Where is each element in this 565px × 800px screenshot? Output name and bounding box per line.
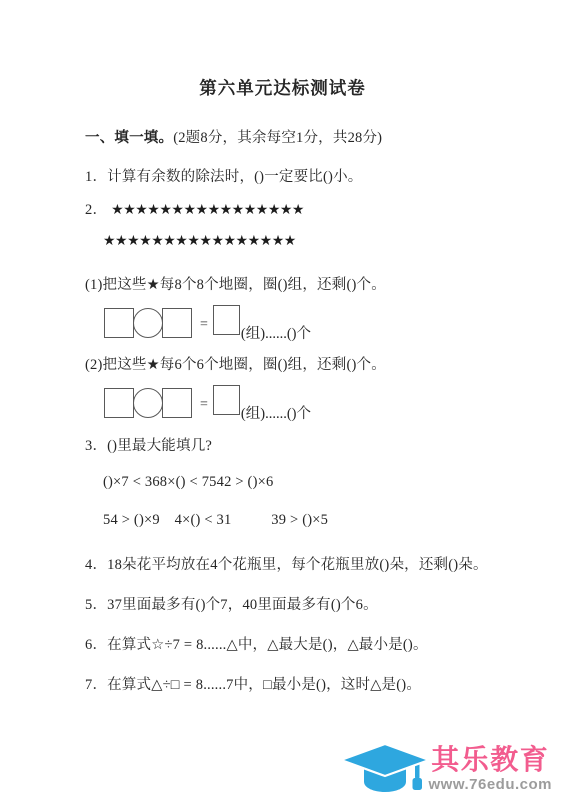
graduation-cap-icon <box>339 742 431 796</box>
question-6: 6．在算式☆÷7 = 8......△中，△最大是()，△最小是()。 <box>85 633 428 654</box>
question-5: 5．37里面最多有()个7，40里面最多有()个6。 <box>85 593 378 614</box>
question-3-inequalities-row-1: ()×7 < 368×() < 7542 > ()×6 <box>103 474 273 491</box>
operator-circle <box>133 308 163 338</box>
division-equation-diagram-2: = (组)......()个 <box>104 386 311 420</box>
star-row-icons: ★★★★★★★★★★★★★★★★ <box>103 233 296 249</box>
inequality-expression: 54 > ()×9 <box>103 512 160 528</box>
inequality-expression: 39 > ()×5 <box>271 512 328 528</box>
equation-suffix: (组)......()个 <box>241 402 311 423</box>
section-label: 一、填一填。 <box>85 130 173 146</box>
question-7: 7．在算式△÷□ = 8......7中，□最小是()，这时△是()。 <box>85 673 421 694</box>
equation-suffix: (组)......()个 <box>241 322 311 343</box>
quotient-box <box>213 305 240 335</box>
publisher-logo: 其乐教育 www.76edu.com <box>339 742 552 796</box>
question-2-stars-row-1: 2．★★★★★★★★★★★★★★★★ <box>85 198 304 219</box>
question-1: 1．计算有余数的除法时，()一定要比()小。 <box>85 165 362 186</box>
question-2-number: 2． <box>85 202 107 218</box>
publisher-brand-name: 其乐教育 <box>431 745 549 774</box>
operator-circle <box>133 388 163 418</box>
quotient-box <box>213 385 240 415</box>
publisher-logo-text: 其乐教育 www.76edu.com <box>429 745 552 792</box>
dividend-box <box>104 308 134 338</box>
question-4: 4．18朵花平均放在4个花瓶里，每个花瓶里放()朵，还剩()朵。 <box>85 553 488 574</box>
section-score-note: (2题8分，其余每空1分，共28分) <box>173 130 382 146</box>
dividend-box <box>104 388 134 418</box>
question-3-inequalities-row-2: 54 > ()×9 4×() < 31 39 > ()×5 <box>103 512 328 529</box>
question-2-stars-row-2: ★★★★★★★★★★★★★★★★ <box>103 233 296 250</box>
page-title: 第六单元达标测试卷 <box>0 75 565 100</box>
section-heading: 一、填一填。(2题8分，其余每空1分，共28分) <box>85 126 382 147</box>
division-equation-diagram-1: = (组)......()个 <box>104 306 311 340</box>
divisor-box <box>162 388 192 418</box>
test-paper-page: 第六单元达标测试卷 一、填一填。(2题8分，其余每空1分，共28分) 1．计算有… <box>0 0 565 800</box>
equals-sign: = <box>200 397 208 413</box>
question-2-part-1: (1)把这些★每8个8个地圈，圈()组，还剩()个。 <box>85 273 386 294</box>
star-row-icons: ★★★★★★★★★★★★★★★★ <box>111 202 304 218</box>
publisher-website: www.76edu.com <box>429 776 552 793</box>
equals-sign: = <box>200 317 208 333</box>
question-2-part-2: (2)把这些★每6个6个地圈，圈()组，还剩()个。 <box>85 353 386 374</box>
divisor-box <box>162 308 192 338</box>
question-3: 3．()里最大能填几? <box>85 434 212 455</box>
inequality-expression: 4×() < 31 <box>175 512 232 528</box>
